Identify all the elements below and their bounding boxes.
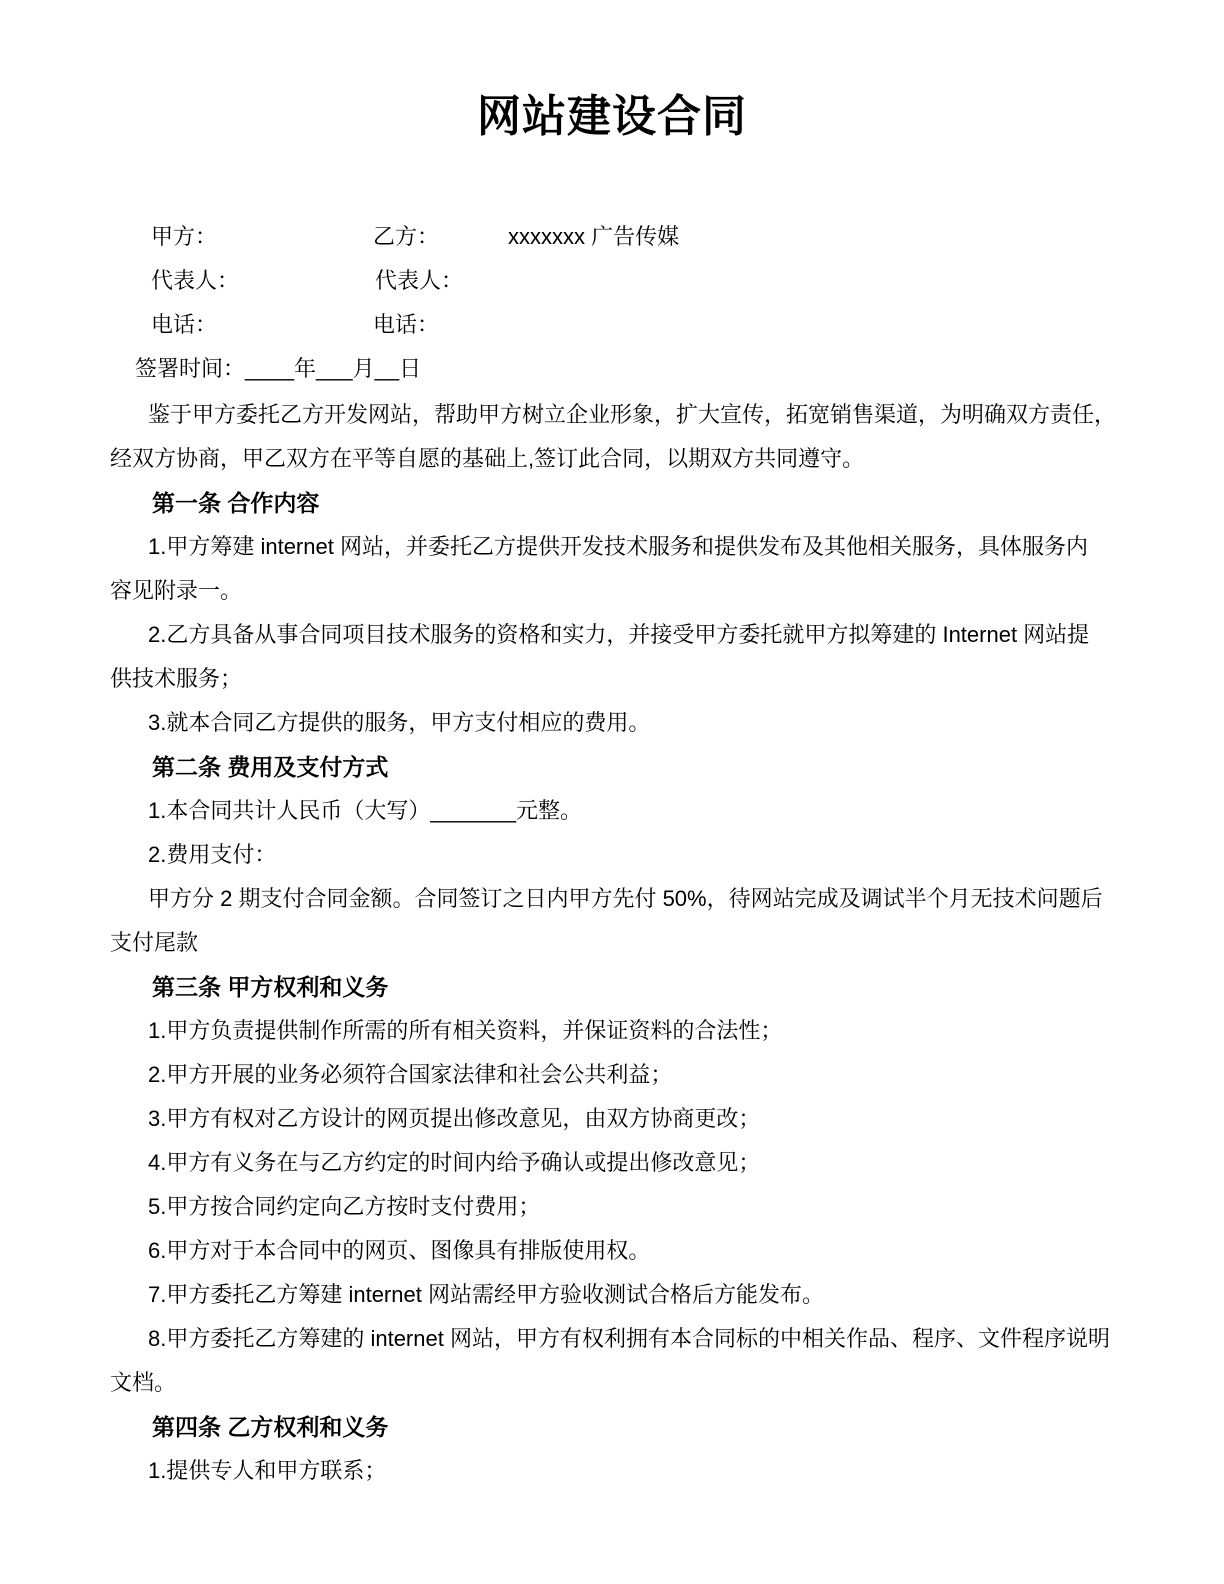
contract-line: 容见附录一。 bbox=[110, 569, 1120, 613]
sign-date-line: 签署时间：____年___月__日 bbox=[135, 347, 421, 391]
party-line-2: 代表人： 代表人： bbox=[0, 259, 1224, 303]
contract-line: 甲方分 2 期支付合同金额。合同签订之日内甲方先付 50%，待网站完成及调试半个… bbox=[110, 877, 1120, 921]
party-line-4: 签署时间：____年___月__日 bbox=[0, 347, 1224, 391]
rep-a-label: 代表人： bbox=[151, 259, 239, 303]
section-heading-4: 第四条 乙方权利和义务 bbox=[110, 1405, 1120, 1449]
contract-line: 文档。 bbox=[110, 1361, 1120, 1405]
section-heading-2: 第二条 费用及支付方式 bbox=[110, 745, 1120, 789]
contract-line: 支付尾款 bbox=[110, 921, 1120, 965]
contract-body: 鉴于甲方委托乙方开发网站，帮助甲方树立企业形象，扩大宣传，拓宽销售渠道，为明确双… bbox=[110, 393, 1120, 1493]
contract-line: 2.费用支付： bbox=[110, 833, 1120, 877]
contract-line: 1.甲方筹建 internet 网站，并委托乙方提供开发技术服务和提供发布及其他… bbox=[110, 525, 1120, 569]
section-heading-3: 第三条 甲方权利和义务 bbox=[110, 965, 1120, 1009]
party-line-1: 甲方： 乙方： xxxxxxx 广告传媒 bbox=[0, 215, 1224, 259]
phone-b-label: 电话： bbox=[373, 303, 439, 347]
contract-line: 6.甲方对于本合同中的网页、图像具有排版使用权。 bbox=[110, 1229, 1120, 1273]
contract-line: 2.甲方开展的业务必须符合国家法律和社会公共利益； bbox=[110, 1053, 1120, 1097]
contract-line: 7.甲方委托乙方筹建 internet 网站需经甲方验收测试合格后方能发布。 bbox=[110, 1273, 1120, 1317]
contract-line: 3.就本合同乙方提供的服务，甲方支付相应的费用。 bbox=[110, 701, 1120, 745]
contract-line: 2.乙方具备从事合同项目技术服务的资格和实力，并接受甲方委托就甲方拟筹建的 In… bbox=[110, 613, 1120, 657]
party-line-3: 电话： 电话： bbox=[0, 303, 1224, 347]
contract-line: 8.甲方委托乙方筹建的 internet 网站，甲方有权利拥有本合同标的中相关作… bbox=[110, 1317, 1120, 1361]
contract-line: 5.甲方按合同约定向乙方按时支付费用； bbox=[110, 1185, 1120, 1229]
party-a-label: 甲方： bbox=[151, 215, 217, 259]
document-title: 网站建设合同 bbox=[0, 92, 1224, 142]
intro-line: 鉴于甲方委托乙方开发网站，帮助甲方树立企业形象，扩大宣传，拓宽销售渠道，为明确双… bbox=[110, 393, 1120, 437]
intro-line: 经双方协商，甲乙双方在平等自愿的基础上,签订此合同，以期双方共同遵守。 bbox=[110, 437, 1120, 481]
contract-line: 1.本合同共计人民币（大写）_______元整。 bbox=[110, 789, 1120, 833]
contract-line: 1.提供专人和甲方联系； bbox=[110, 1449, 1120, 1493]
section-heading-1: 第一条 合作内容 bbox=[110, 481, 1120, 525]
contract-line: 供技术服务； bbox=[110, 657, 1120, 701]
contract-line: 4.甲方有义务在与乙方约定的时间内给予确认或提出修改意见； bbox=[110, 1141, 1120, 1185]
party-b-label: 乙方： bbox=[373, 215, 439, 259]
contract-page: 网站建设合同 甲方： 乙方： xxxxxxx 广告传媒 代表人： 代表人： 电话… bbox=[0, 0, 1224, 1584]
party-info-block: 甲方： 乙方： xxxxxxx 广告传媒 代表人： 代表人： 电话： 电话： 签… bbox=[0, 215, 1224, 391]
phone-a-label: 电话： bbox=[151, 303, 217, 347]
party-b-name: xxxxxxx 广告传媒 bbox=[508, 215, 679, 259]
rep-b-label: 代表人： bbox=[375, 259, 463, 303]
contract-line: 1.甲方负责提供制作所需的所有相关资料，并保证资料的合法性； bbox=[110, 1009, 1120, 1053]
contract-line: 3.甲方有权对乙方设计的网页提出修改意见，由双方协商更改； bbox=[110, 1097, 1120, 1141]
